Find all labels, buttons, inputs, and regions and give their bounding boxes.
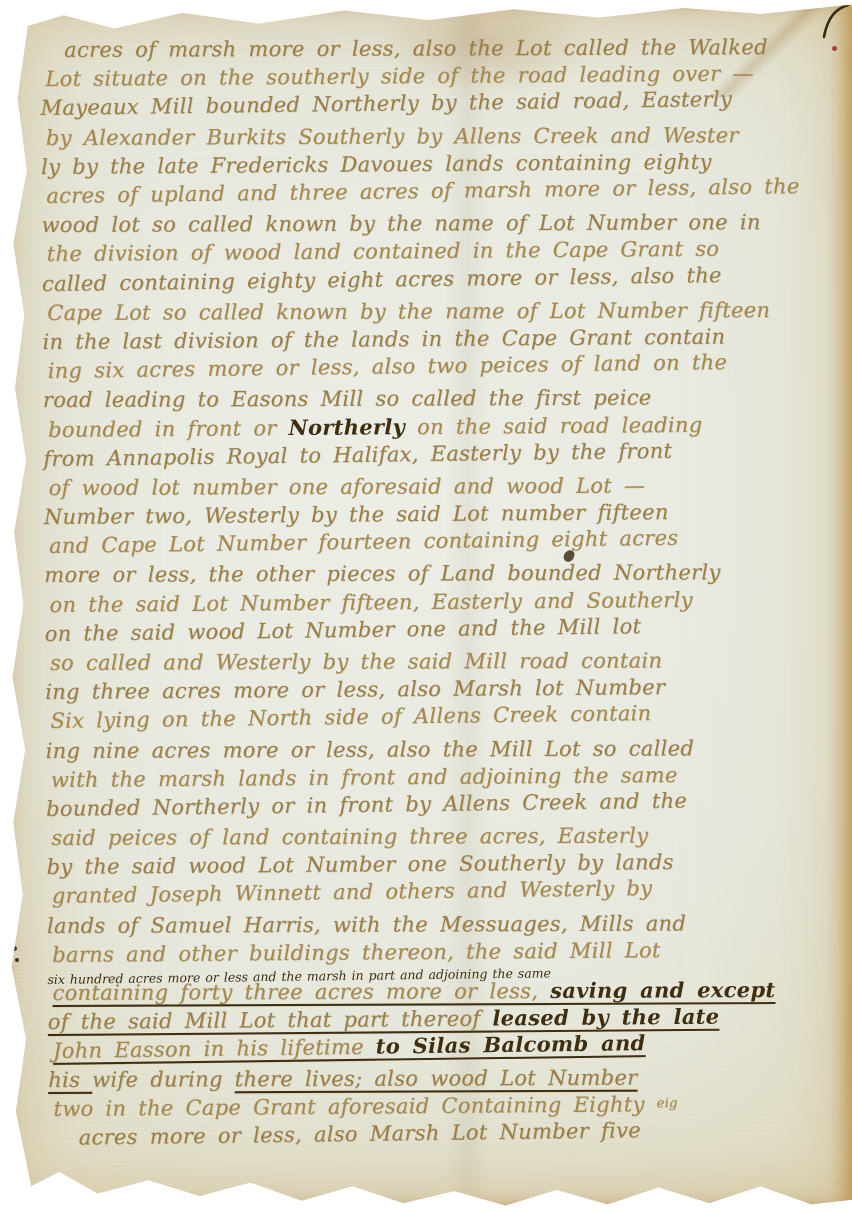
manuscript-text-segment: his (48, 1067, 92, 1091)
manuscript-text-segment: wood lot so called known by the name of … (41, 210, 760, 237)
manuscript-text-segment: ing nine acres more or less, also the Mi… (46, 736, 695, 763)
manuscript-page: acres of marsh more or less, also the Lo… (4, 2, 852, 1208)
manuscript-line: lands of Samuel Harris, with the Messuag… (47, 910, 839, 942)
manuscript-text-segment: saving and except (550, 977, 775, 1003)
manuscript-line: Cape Lot so called known by the name of … (42, 297, 834, 329)
manuscript-text: acres of marsh more or less, also the Lo… (40, 32, 841, 1155)
manuscript-line: said peices of land containing three acr… (46, 823, 838, 855)
manuscript-line: wood lot so called known by the name of … (41, 210, 833, 242)
manuscript-text-segment: road leading to Easons Mill so called th… (43, 386, 652, 412)
manuscript-text-segment: bounded in front or (48, 416, 289, 442)
manuscript-text-segment: so called and Westerly by the said Mill … (50, 648, 662, 674)
manuscript-text-segment: eig (656, 1096, 677, 1111)
manuscript-line: acres of marsh more or less, also the Lo… (40, 35, 832, 67)
manuscript-text-segment: John Easson in his lifetime (53, 1035, 376, 1063)
manuscript-text-segment: wife during (92, 1067, 235, 1092)
manuscript-text-segment: acres of marsh more or less, also the Lo… (64, 35, 768, 62)
manuscript-line: ing nine acres more or less, also the Mi… (46, 735, 838, 767)
manuscript-text-segment: there lives; also wood Lot Number (235, 1065, 638, 1091)
manuscript-line: by Alexander Burkits Southerly by Allens… (41, 122, 833, 154)
manuscript-line: so called and Westerly by the said Mill … (45, 648, 837, 680)
manuscript-line: road leading to Easons Mill so called th… (43, 385, 835, 417)
manuscript-text-segment: by Alexander Burkits Southerly by Allens… (46, 123, 739, 150)
manuscript-line: his wife during there lives; also wood L… (48, 1064, 840, 1096)
scan-background: { "colors":{ "background":"#ffffff", "pa… (0, 0, 852, 1214)
manuscript-line: containing forty three acres more or les… (47, 977, 839, 1009)
manuscript-text-segment: lands of Samuel Harris, with the Messuag… (47, 911, 686, 938)
ink-speck (11, 946, 17, 951)
manuscript-text-segment: containing forty three acres more or les… (52, 979, 550, 1005)
manuscript-text-segment: leased by the late (492, 1004, 719, 1031)
manuscript-line: of wood lot number one aforesaid and woo… (43, 473, 835, 505)
manuscript-text-segment: of the said Mill Lot that part thereof (48, 1007, 493, 1034)
manuscript-text-segment: said peices of land containing three acr… (51, 824, 648, 850)
manuscript-text-segment: Northerly (288, 415, 405, 441)
manuscript-line: more or less, the other pieces of Land b… (44, 560, 836, 592)
manuscript-text-segment: on the said Lot Number fifteen, Easterly… (49, 587, 692, 616)
manuscript-text-segment: of wood lot number one aforesaid and woo… (48, 473, 645, 499)
ink-speck (15, 958, 19, 962)
manuscript-text-segment: to Silas Balcomb and (376, 1031, 646, 1060)
manuscript-text-segment: Cape Lot so called known by the name of … (47, 298, 770, 325)
manuscript-text-segment: more or less, the other pieces of Land b… (44, 561, 720, 588)
manuscript-text-segment: on the said road leading (405, 413, 703, 439)
red-fleck (832, 46, 837, 51)
